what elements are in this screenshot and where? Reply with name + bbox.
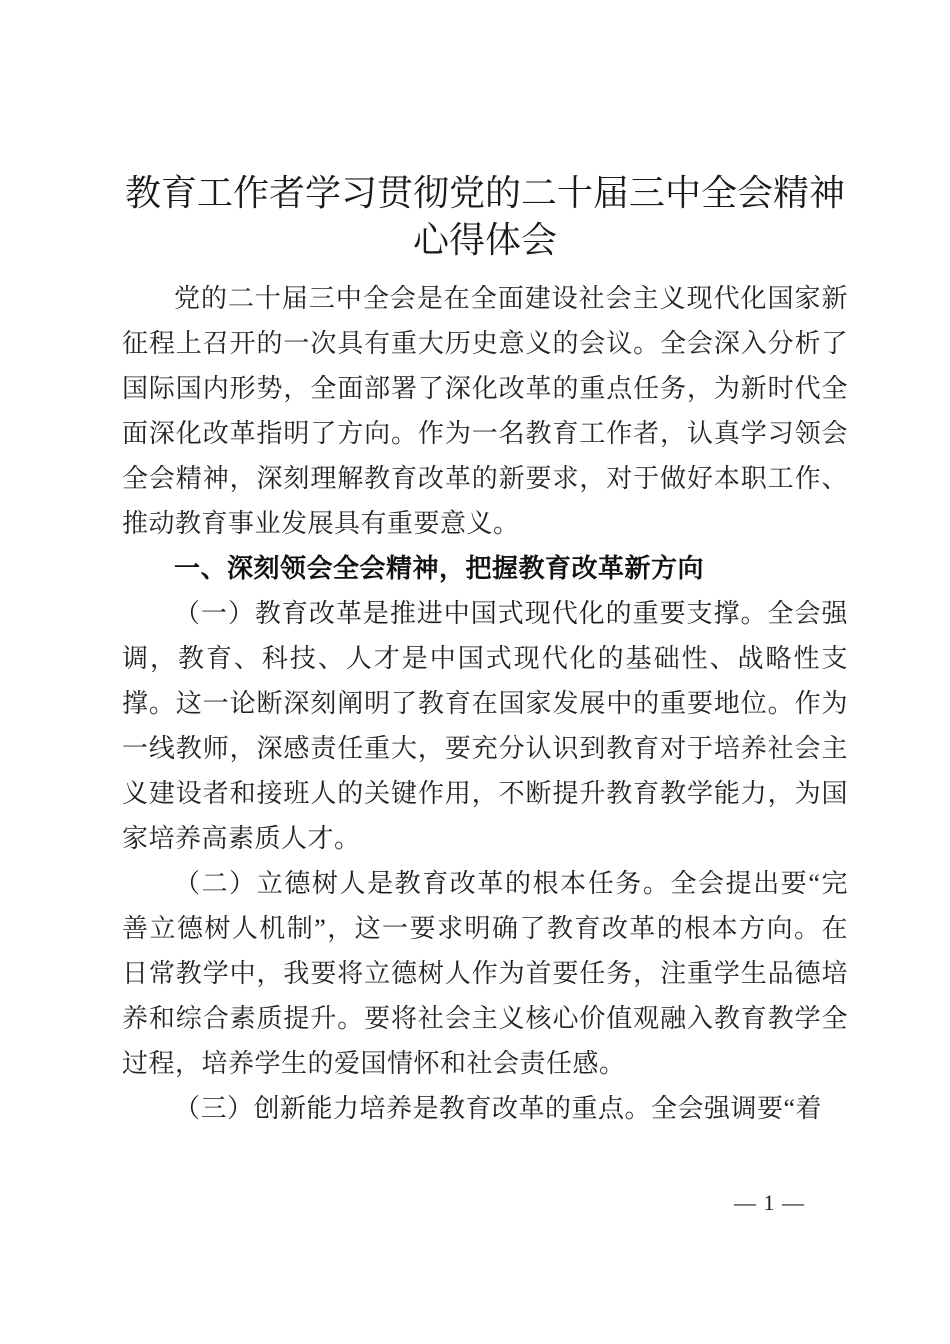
document-page: 教育工作者学习贯彻党的二十届三中全会精神心得体会 党的二十届三中全会是在全面建设… xyxy=(0,0,950,1344)
intro-paragraph: 党的二十届三中全会是在全面建设社会主义现代化国家新征程上召开的一次具有重大历史意… xyxy=(122,276,848,546)
sub-paragraph-2: （二）立德树人是教育改革的根本任务。全会提出要“完善立德树人机制”，这一要求明确… xyxy=(122,861,848,1086)
sub-paragraph-2-text: 全会提出要“完善立德树人机制”，这一要求明确了教育改革的根本方向。在日常教学中，… xyxy=(122,869,848,1078)
sub-paragraph-1-lead: （一）教育改革是推进中国式现代化的重要支撑。 xyxy=(174,599,768,628)
document-title: 教育工作者学习贯彻党的二十届三中全会精神心得体会 xyxy=(122,170,848,264)
document-content: 教育工作者学习贯彻党的二十届三中全会精神心得体会 党的二十届三中全会是在全面建设… xyxy=(122,170,848,1131)
sub-paragraph-1-text: 全会强调，教育、科技、人才是中国式现代化的基础性、战略性支撑。这一论断深刻阐明了… xyxy=(122,599,848,853)
sub-paragraph-1: （一）教育改革是推进中国式现代化的重要支撑。全会强调，教育、科技、人才是中国式现… xyxy=(122,591,848,861)
sub-paragraph-2-lead: （二）立德树人是教育改革的根本任务。 xyxy=(174,869,670,898)
section-heading-1: 一、深刻领会全会精神，把握教育改革新方向 xyxy=(122,546,848,591)
sub-paragraph-3-text: 全会强调要“着 xyxy=(651,1094,822,1123)
sub-paragraph-3: （三）创新能力培养是教育改革的重点。全会强调要“着 xyxy=(122,1086,848,1131)
page-number: — 1 — xyxy=(734,1190,805,1216)
sub-paragraph-3-lead: （三）创新能力培养是教育改革的重点。 xyxy=(174,1094,651,1123)
